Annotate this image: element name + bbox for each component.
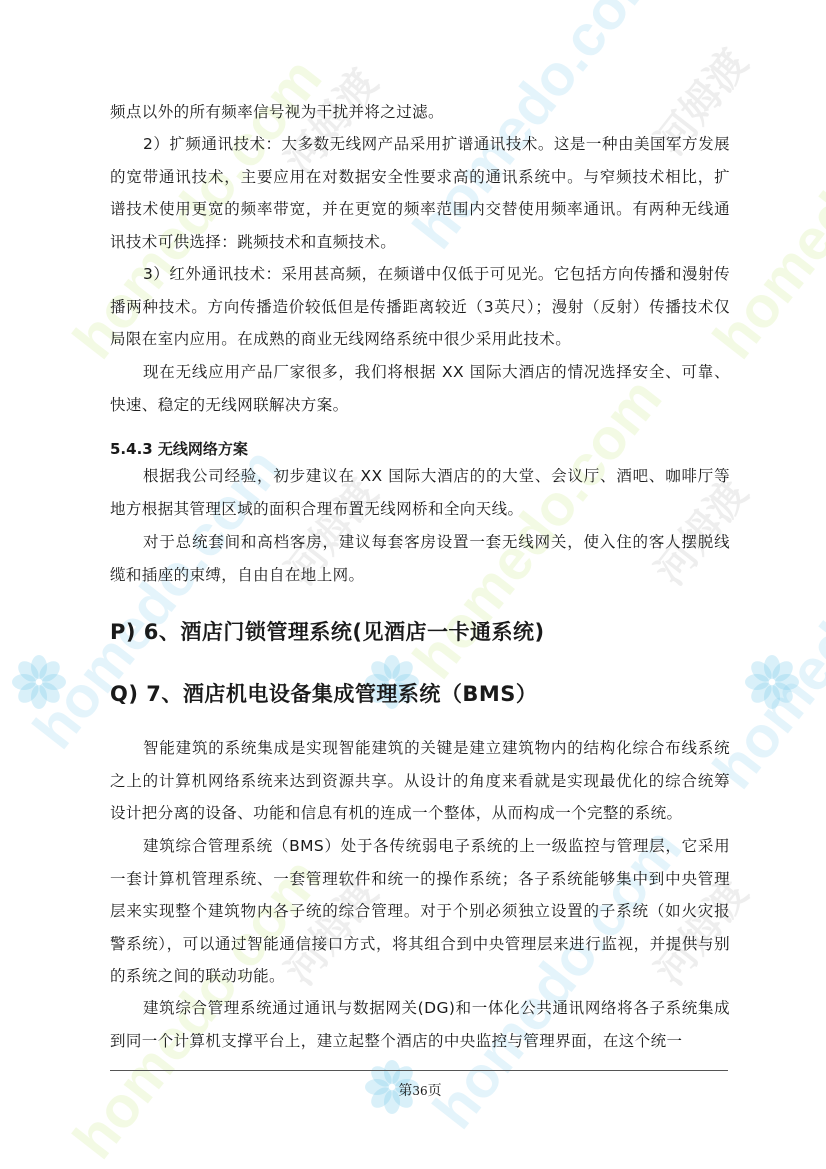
paragraph-data-gateway: 建筑综合管理系统通过通讯与数据网关(DG)和一体化公共通讯网络将各子系统集成到同… (110, 992, 730, 1057)
paragraph-suite-gateway: 对于总统套间和高档客房，建议每套客房设置一套无线网关，使入住的客人摆脱线缆和插座… (110, 526, 730, 591)
footer-prefix: 第 (398, 1083, 412, 1099)
paragraph-wireless-plan: 根据我公司经验，初步建议在 XX 国际大酒店的的大堂、会议厅、酒吧、咖啡厅等地方… (110, 460, 730, 525)
section-heading-door-lock: P) 6、酒店门锁管理系统(见酒店一卡通系统) (110, 616, 545, 646)
paragraph-spread-spectrum: 2）扩频通讯技术：大多数无线网产品采用扩谱通讯技术。这是一种由美国军方发展的宽带… (110, 128, 730, 258)
page-number: 36 (412, 1084, 427, 1098)
flower-logo-icon (12, 655, 66, 709)
paragraph-filter-tail: 频点以外的所有频率信号视为干扰并将之过滤。 (110, 96, 730, 129)
paragraph-system-integration: 智能建筑的系统集成是实现智能建筑的关键是建立建筑物内的结构化综合布线系统之上的计… (110, 732, 730, 830)
paragraph-bms-overview: 建筑综合管理系统（BMS）处于各传统弱电子系统的上一级监控与管理层，它采用一套计… (110, 830, 730, 993)
footer-suffix: 页 (428, 1083, 442, 1099)
flower-logo-icon (745, 655, 799, 709)
paragraph-infrared: 3）红外通讯技术：采用甚高频，在频谱中仅低于可见光。它包括方向传播和漫射传播两种… (110, 258, 730, 356)
footer-divider (110, 1070, 728, 1071)
paragraph-vendor-selection: 现在无线应用产品厂家很多，我们将根据 XX 国际大酒店的情况选择安全、可靠、快速… (110, 356, 730, 421)
page-footer: 第36页 (110, 1080, 730, 1100)
section-heading-bms: Q) 7、酒店机电设备集成管理系统（BMS） (110, 678, 537, 708)
section-heading-5-4-3: 5.4.3 无线网络方案 (110, 438, 248, 459)
